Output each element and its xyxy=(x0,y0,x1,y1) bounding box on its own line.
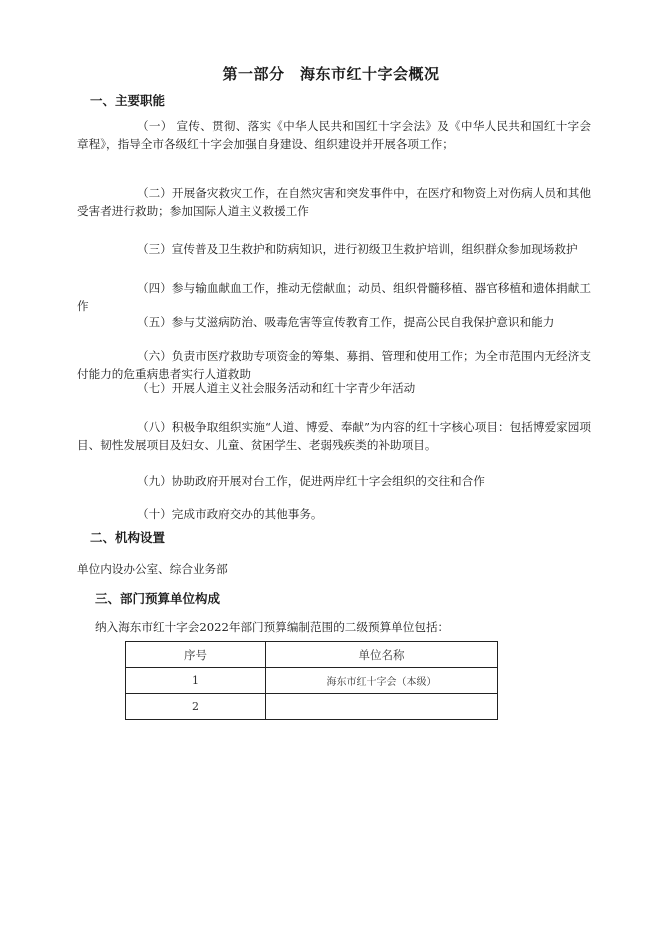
cell-index: 1 xyxy=(126,668,266,694)
function-item-2: （二）开展备灾救灾工作，在自然灾害和突发事件中，在医疗和物资上对伤病人员和其他受… xyxy=(77,184,591,220)
function-item-5: （五）参与艾滋病防治、吸毒危害等宣传教育工作，提高公民自我保护意识和能力 xyxy=(77,313,591,331)
cell-unit-name: 海东市红十字会（本级） xyxy=(266,668,498,694)
function-item-6: （六）负责市医疗救助专项资金的筹集、募捐、管理和使用工作；为全市范围内无经济支付… xyxy=(77,347,591,383)
function-item-9: （九）协助政府开展对台工作，促进两岸红十字会组织的交往和合作 xyxy=(77,472,591,490)
table-header-row: 序号 单位名称 xyxy=(126,642,498,668)
function-item-8: （八）积极争取组织实施“人道、博爱、奉献”为内容的红十字核心项目：包括博爱家园项… xyxy=(77,418,591,454)
function-item-7: （七）开展人道主义社会服务活动和红十字青少年活动 xyxy=(77,379,591,397)
table-row: 2 xyxy=(126,694,498,720)
organization-text: 单位内设办公室、综合业务部 xyxy=(77,561,228,577)
cell-unit-name xyxy=(266,694,498,720)
function-item-4: （四）参与输血献血工作，推动无偿献血；动员、组织骨髓移植、器官移植和遗体捐献工作 xyxy=(77,279,591,315)
budget-units-text: 纳入海东市红十字会2022年部门预算编制范围的二级预算单位包括： xyxy=(95,619,449,635)
budget-units-table: 序号 单位名称 1 海东市红十字会（本级） 2 xyxy=(125,641,498,720)
function-item-1: （一） 宣传、贯彻、落实《中华人民共和国红十字会法》及《中华人民共和国红十字会章… xyxy=(77,117,591,153)
column-header-unit-name: 单位名称 xyxy=(266,642,498,668)
function-item-3: （三）宣传普及卫生救护和防病知识，进行初级卫生救护培训，组织群众参加现场救护 xyxy=(77,240,591,258)
column-header-index: 序号 xyxy=(126,642,266,668)
section-heading-main-functions: 一、主要职能 xyxy=(90,91,165,109)
section-heading-organization: 二、机构设置 xyxy=(90,528,165,546)
section-heading-budget-units: 三、部门预算单位构成 xyxy=(95,589,220,607)
cell-index: 2 xyxy=(126,694,266,720)
table-row: 1 海东市红十字会（本级） xyxy=(126,668,498,694)
page-title: 第一部分 海东市红十字会概况 xyxy=(0,63,662,84)
function-item-10: （十）完成市政府交办的其他事务。 xyxy=(77,505,591,523)
